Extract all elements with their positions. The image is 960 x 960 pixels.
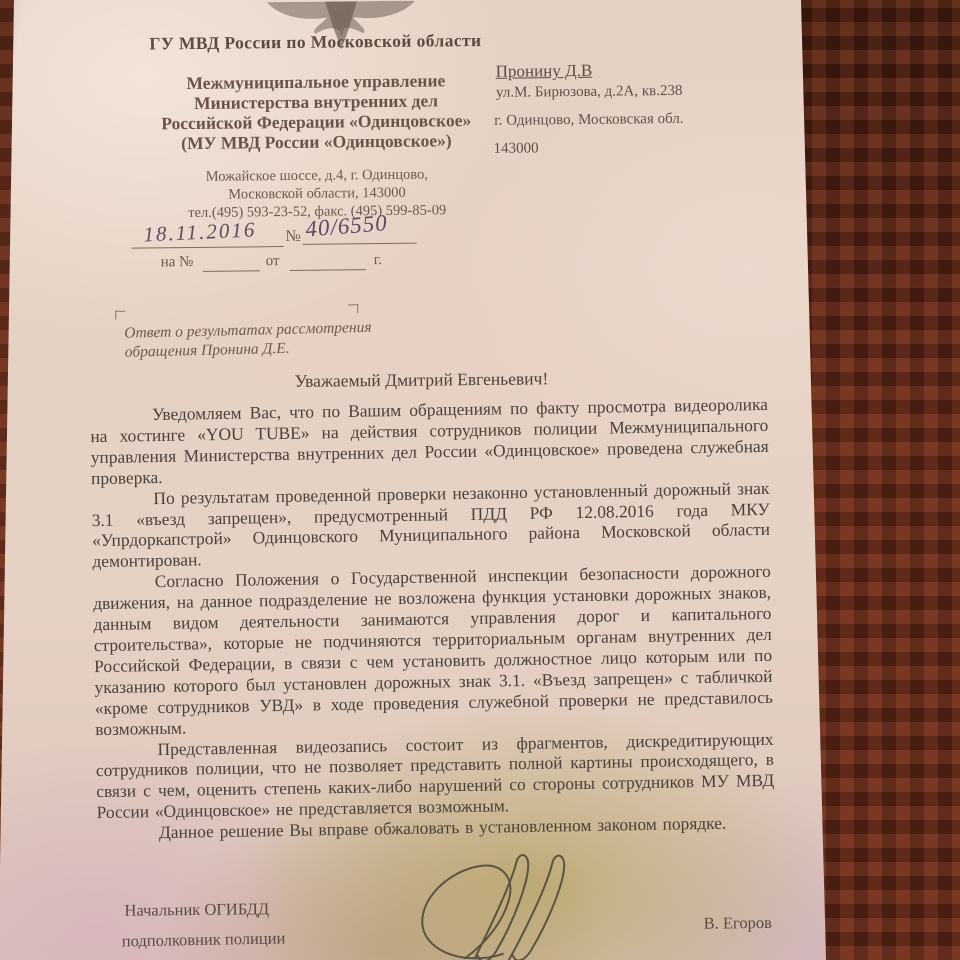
org-address-block: Можайское шоссе, д.4, г. Одинцово, Моско… (97, 164, 538, 223)
corner-mark-icon (348, 304, 358, 313)
letter-body: Уведомляем Вас, что по Вашим обращениям … (90, 394, 775, 844)
signer-role-line: подполковник полиции (122, 928, 286, 951)
signer-role-line: Начальник ОГИБДД (124, 899, 269, 921)
blank-underline (203, 269, 260, 272)
handwritten-signature (382, 851, 613, 960)
org-name-block: Межмуниципальное управление Министерства… (96, 69, 537, 154)
recipient-postal-code: 143000 (493, 140, 538, 157)
corner-mark-icon (115, 311, 125, 320)
photo-of-official-letter: ГУ МВД России по Московской области Межм… (0, 0, 960, 960)
body-paragraph: Согласно Положения о Государственной инс… (93, 561, 774, 739)
handwritten-date: 18.11.2016 (143, 217, 257, 247)
blank-underline (132, 245, 284, 249)
blank-underline (290, 268, 366, 271)
blank-underline (303, 242, 417, 245)
subject-block: Ответ о результатах рассмотрения обращен… (124, 316, 425, 361)
reply-from-label: от (266, 253, 280, 270)
salutation: Уважаемый Дмитрий Евгеньевич! (79, 366, 764, 394)
body-paragraph: Представленная видеозапись состоит из фр… (95, 728, 774, 823)
year-abbrev-label: г. (374, 252, 382, 269)
recipient-address-line: ул.М. Бирюзова, д.2А, кв.238 (496, 83, 683, 102)
document-content: ГУ МВД России по Московской области Межм… (0, 0, 960, 960)
recipient-address-line: г. Одинцово, Московская обл. (494, 111, 683, 130)
body-paragraph: Уведомляем Вас, что по Вашим обращениям … (90, 394, 769, 489)
reply-to-number-label: на № (161, 254, 194, 271)
agency-title: ГУ МВД России по Московской области (105, 30, 525, 55)
handwritten-outgoing-number: 40/6550 (304, 210, 388, 243)
number-sign-label: № (285, 228, 300, 246)
recipient-name: Пронину Д.В (496, 61, 593, 82)
signer-name: В. Егоров (704, 913, 772, 934)
body-paragraph: По результатам проведенной проверки неза… (91, 478, 770, 573)
